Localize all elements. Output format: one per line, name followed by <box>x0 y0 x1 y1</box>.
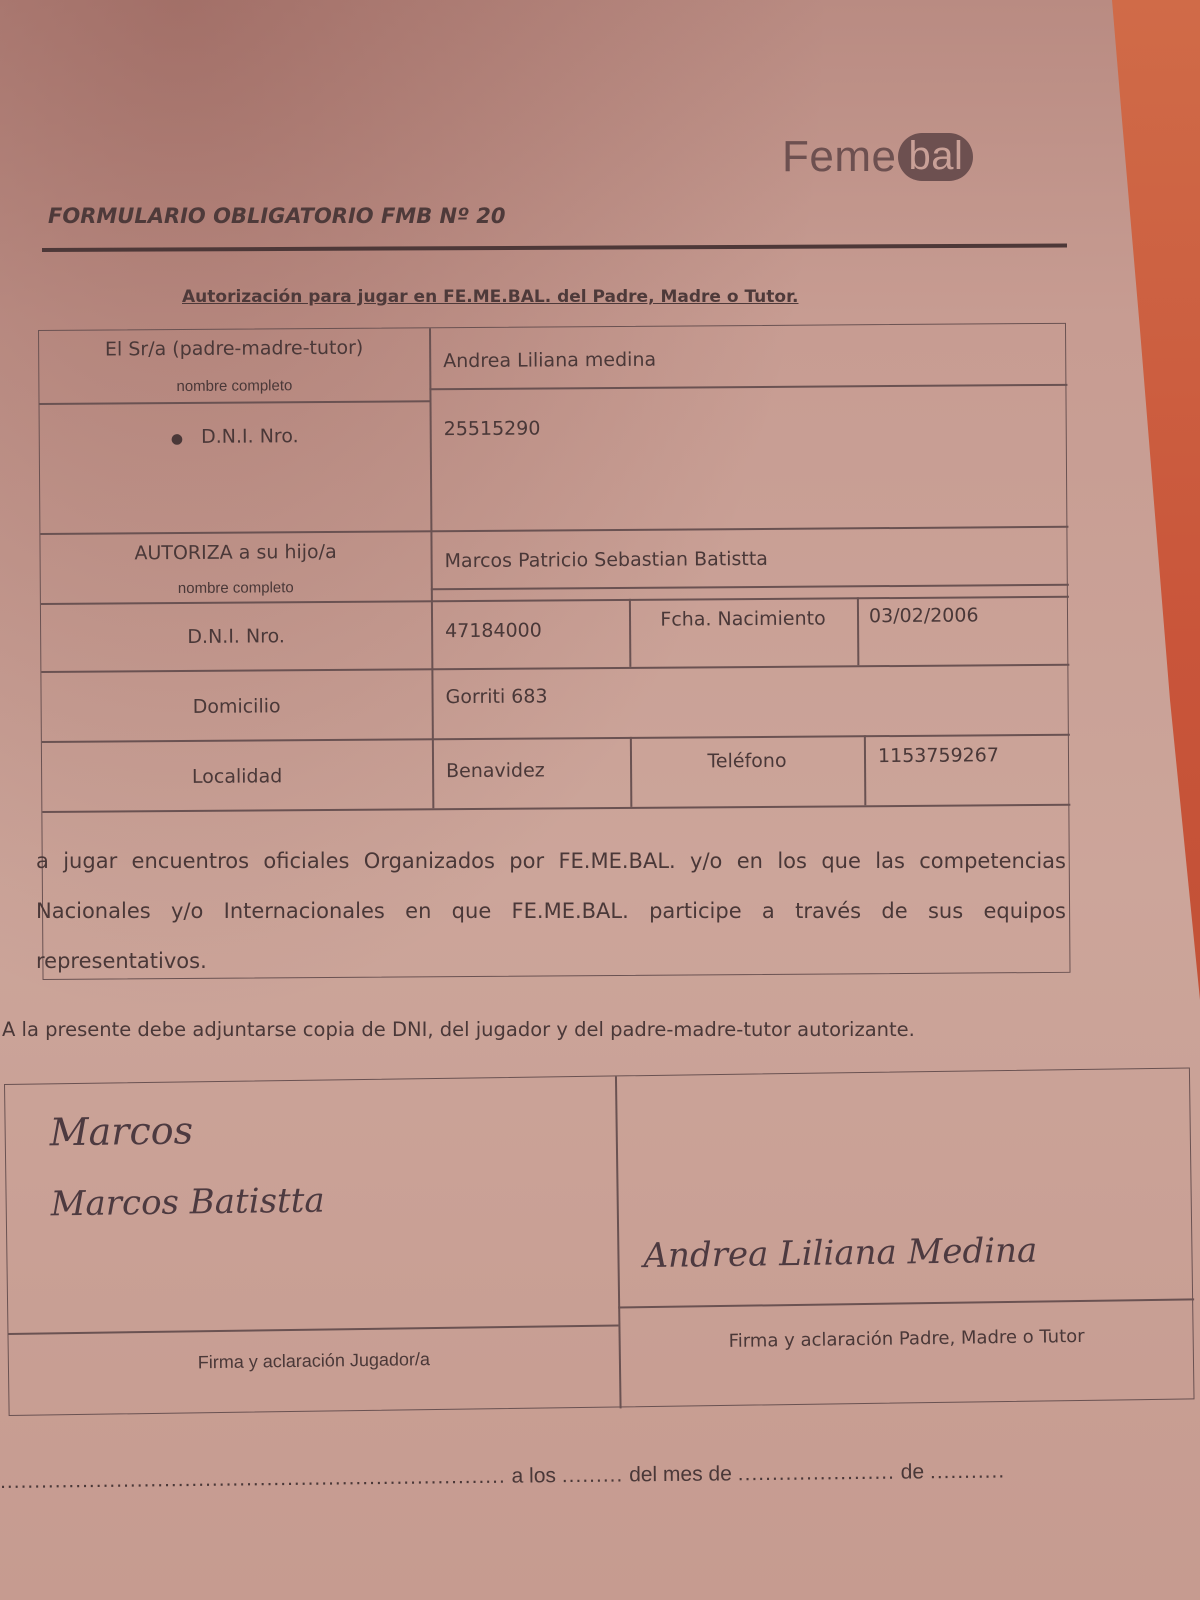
femebal-logo: Femebal <box>782 132 973 182</box>
day-blank[interactable]: ......... <box>562 1463 624 1487</box>
phone-field[interactable]: 1153759267 <box>878 744 999 767</box>
guardian-signature: Andrea Liliana Medina <box>643 1231 1037 1276</box>
player-sublabel: nombre completo <box>41 578 431 598</box>
place-blank[interactable]: ........................................… <box>0 1465 506 1493</box>
player-signature-caption: Firma y aclaración Jugador/a <box>9 1346 619 1376</box>
birth-date-label: Fcha. Nacimiento <box>629 607 857 631</box>
player-label: AUTORIZA a su hijo/a <box>40 540 430 565</box>
signature-table: Marcos Marcos Batistta Firma y aclaració… <box>4 1067 1195 1416</box>
logo-text: Feme <box>782 132 896 182</box>
player-dni-field[interactable]: 47184000 <box>445 619 542 642</box>
guardian-label: El Sr/a (padre-madre-tutor) <box>39 336 429 361</box>
year-blank[interactable]: ........... <box>930 1459 1005 1483</box>
address-label: Domicilio <box>42 694 432 719</box>
player-name-field[interactable]: Marcos Patricio Sebastian Batistta <box>445 548 768 572</box>
player-signature-line2: Marcos Batistta <box>50 1181 324 1225</box>
birth-date-field[interactable]: 03/02/2006 <box>869 604 979 627</box>
logo-badge: bal <box>898 133 973 181</box>
city-label: Localidad <box>42 764 432 789</box>
guardian-signature-caption: Firma y aclaración Padre, Madre o Tutor <box>619 1324 1195 1353</box>
city-field[interactable]: Benavidez <box>446 759 545 782</box>
bullet-icon: ● <box>171 431 183 447</box>
form-paper: Femebal FORMULARIO OBLIGATORIO FMB Nº 20… <box>0 0 1200 1600</box>
guardian-name-field[interactable]: Andrea Liliana medina <box>443 349 656 372</box>
title-divider <box>42 244 1067 252</box>
player-signature-line1: Marcos <box>49 1108 193 1154</box>
de-label: de <box>901 1460 925 1483</box>
guardian-sublabel: nombre completo <box>39 376 429 396</box>
player-dni-label: D.N.I. Nro. <box>41 624 431 649</box>
date-place-line: ........................................… <box>0 1459 1005 1494</box>
attachment-note: A la presente debe adjuntarse copia de D… <box>2 1018 915 1041</box>
guardian-dni-label: ●D.N.I. Nro. <box>40 424 430 449</box>
authorization-text: a jugar encuentros oficiales Organizados… <box>36 836 1066 986</box>
address-field[interactable]: Gorriti 683 <box>445 685 547 708</box>
month-blank[interactable]: ....................... <box>738 1461 895 1486</box>
form-subtitle: Autorización para jugar en FE.ME.BAL. de… <box>182 287 799 307</box>
del-mes-de-label: del mes de <box>629 1462 732 1486</box>
a-los-label: a los <box>511 1464 556 1487</box>
form-title: FORMULARIO OBLIGATORIO FMB Nº 20 <box>48 204 505 228</box>
guardian-dni-field[interactable]: 25515290 <box>444 417 541 440</box>
phone-label: Teléfono <box>630 749 864 773</box>
